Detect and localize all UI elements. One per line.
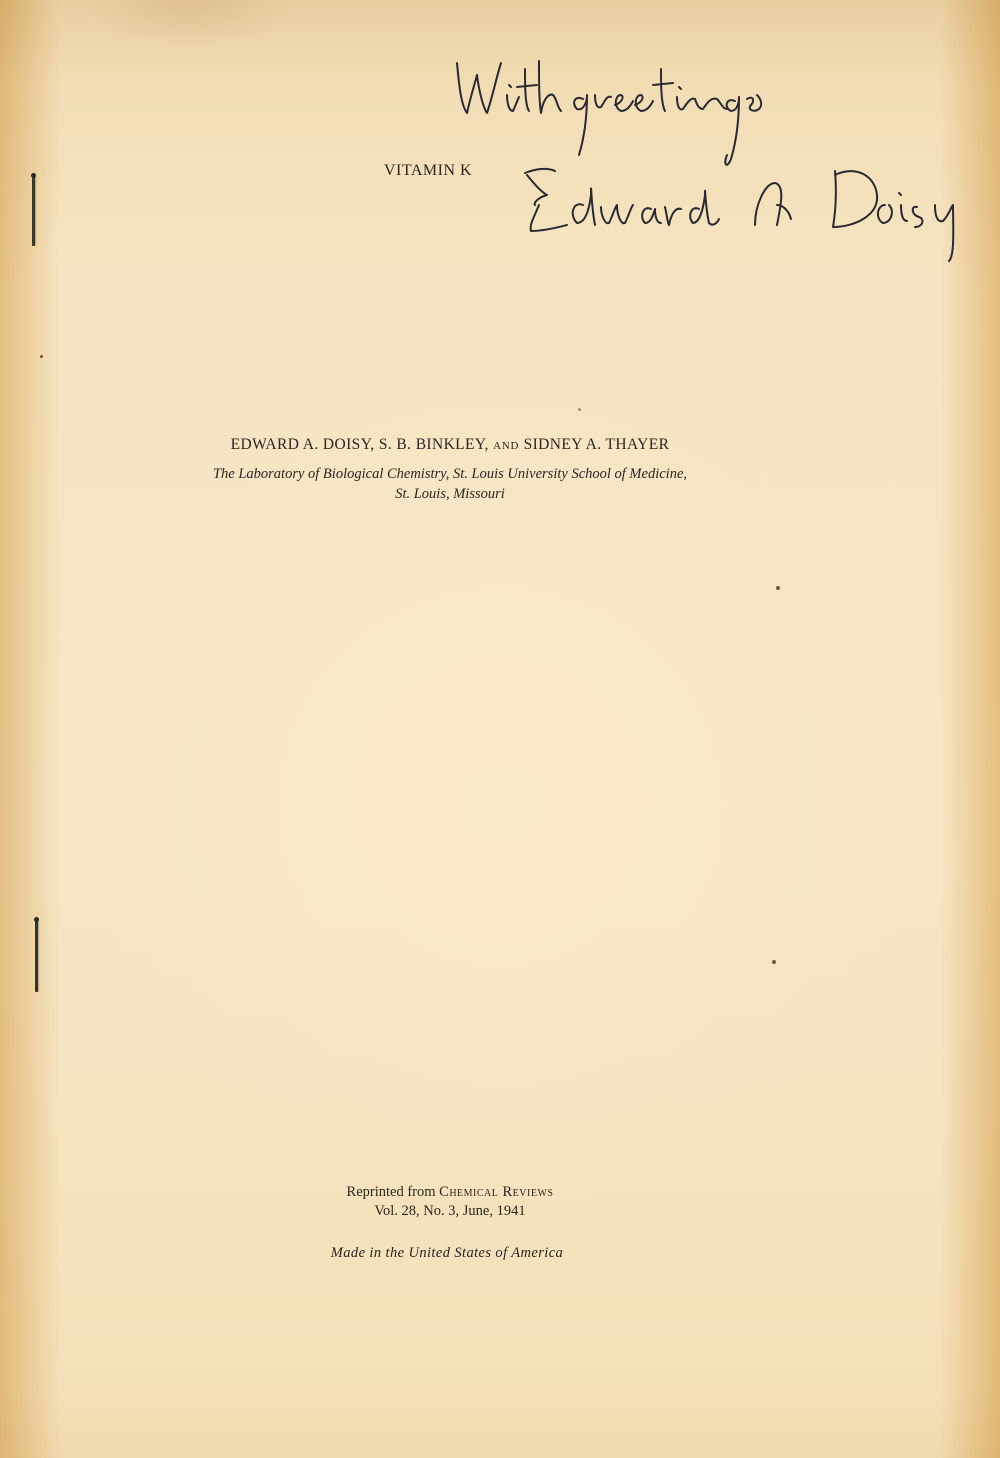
paper-speck [772, 960, 776, 964]
authors-part-2: SIDNEY A. THAYER [519, 436, 669, 453]
affiliation-line-1: The Laboratory of Biological Chemistry, … [0, 464, 900, 484]
paper-speck [776, 586, 780, 590]
handwritten-inscription: With greetings Edward A Doisy [455, 55, 975, 265]
made-in-notice: Made in the United States of America [0, 1245, 894, 1262]
affiliation: The Laboratory of Biological Chemistry, … [0, 464, 900, 504]
reprint-citation: Vol. 28, No. 3, June, 1941 [0, 1202, 900, 1221]
authors-part-1: EDWARD A. DOISY, S. B. BINKLEY, [231, 436, 493, 453]
paper-speck [578, 408, 581, 411]
authors-conjunction: AND [493, 440, 519, 452]
journal-name: Chemical Reviews [439, 1184, 553, 1200]
paper-page: VITAMIN K [0, 0, 1000, 1458]
handwriting-signature-icon [455, 55, 975, 265]
author-line: EDWARD A. DOISY, S. B. BINKLEY, AND SIDN… [0, 436, 900, 454]
affiliation-line-2: St. Louis, Missouri [0, 484, 900, 504]
reprint-prefix: Reprinted from [347, 1184, 440, 1200]
staple-top-icon [32, 176, 35, 246]
paper-speck [40, 355, 43, 358]
paper-fold-shadow [80, 0, 300, 50]
reprint-notice: Reprinted from Chemical Reviews Vol. 28,… [0, 1183, 900, 1221]
staple-bottom-icon [35, 920, 38, 992]
reprint-source-line: Reprinted from Chemical Reviews [0, 1183, 900, 1202]
